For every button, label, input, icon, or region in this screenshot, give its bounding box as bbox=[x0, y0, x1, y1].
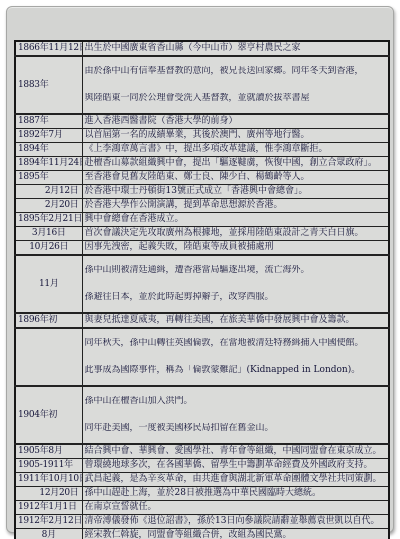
event-cell: 進入香港西醫書院（香港大學的前身） bbox=[82, 114, 389, 129]
event-paragraph-group: 由於孫中山有信奉基督教的意向，被兄長送回家鄉。同年冬天到香港，與陸皓東一同於公理… bbox=[85, 58, 387, 112]
event-cell: 以首屆第一名的成績畢業，其後於澳門、廣州等地行醫。 bbox=[82, 129, 389, 143]
event-cell: 至香港會見舊友陸皓東、鄭士良、陳少白、楊鶴齡等人。 bbox=[82, 171, 389, 185]
event-paragraph: 此事成為國際事件，稱為「倫敦蒙難記」(Kidnapped in London)。 bbox=[85, 365, 387, 376]
date-cell: 1887年 bbox=[15, 114, 82, 129]
date-cell: 1905-1911年 bbox=[15, 459, 82, 473]
date-cell: 1895年 bbox=[15, 171, 82, 185]
event-cell: 由於孫中山有信奉基督教的意向，被兄長送回家鄉。同年冬天到香港，與陸皓東一同於公理… bbox=[82, 56, 389, 114]
event-paragraph: 由於孫中山有信奉基督教的意向，被兄長送回家鄉。同年冬天到香港， bbox=[85, 66, 387, 77]
date-cell: 1866年11月12日 bbox=[15, 41, 82, 56]
date-cell: 1904年初 bbox=[15, 386, 82, 444]
event-cell: 同年秋天，孫中山轉往英國倫敦，在當地被清廷特務緝捕入中國使館。此事成為國際事件，… bbox=[82, 328, 389, 386]
table-row: 1904年初孫中山在檀香山加入洪門。同年赴美國，一度被美國移民局扣留在舊金山。 bbox=[15, 386, 389, 444]
event-cell: 出生於中國廣東省香山縣（今中山市）翠亨村農民之家 bbox=[82, 41, 389, 56]
table-row: 10月26日因事先洩密，起義失敗，陸皓東等成員被捕處刑 bbox=[15, 241, 389, 256]
table-row: 8月經宋教仁斡旋，同盟會等組織合併，改組為國民黨。 bbox=[15, 529, 389, 539]
table-row: 11月孫中山則被清廷通緝，遭香港當局驅逐出境，流亡海外。孫避往日本，並於此時起剪… bbox=[15, 255, 389, 313]
event-cell: 清帝溥儀發佈《退位詔書》，孫於13日向參議院請辭並舉薦袁世凱以自代。 bbox=[82, 515, 389, 529]
event-cell: 興中會總會在香港成立。 bbox=[82, 213, 389, 227]
event-paragraph: 孫中山在檀香山加入洪門。 bbox=[85, 396, 387, 407]
date-cell: 10月26日 bbox=[15, 241, 82, 256]
table-row: 1887年進入香港西醫書院（香港大學的前身） bbox=[15, 114, 389, 129]
date-cell: 2月12日 bbox=[15, 185, 82, 199]
event-cell: 因事先洩密，起義失敗，陸皓東等成員被捕處刑 bbox=[82, 241, 389, 256]
event-cell: 經宋教仁斡旋，同盟會等組織合併，改組為國民黨。 bbox=[82, 529, 389, 539]
table-row: 2月12日於香港中環士丹頓街13號正式成立「香港興中會總會」。 bbox=[15, 185, 389, 199]
event-cell: 孫中山趕赴上海，並於28日被推選為中華民國臨時大總統。 bbox=[82, 487, 389, 501]
date-cell: 1892年7月 bbox=[15, 129, 82, 143]
table-row: 1911年10月10日武昌起義，是為辛亥革命，由共進會與湖北新軍革命團體文學社共… bbox=[15, 473, 389, 487]
table-row: 1894年11月24日赴檀香山募款組織興中會，提出「驅逐韃虜，恢復中國，創立合眾… bbox=[15, 157, 389, 171]
date-cell bbox=[15, 328, 82, 386]
date-cell: 1896年初 bbox=[15, 313, 82, 328]
event-cell: 赴檀香山募款組織興中會，提出「驅逐韃虜，恢復中國，創立合眾政府」。 bbox=[82, 157, 389, 171]
table-row: 2月20日於香港大學作公開演講，提到革命思想源於香港。 bbox=[15, 199, 389, 213]
table-row: 1895年至香港會見舊友陸皓東、鄭士良、陳少白、楊鶴齡等人。 bbox=[15, 171, 389, 185]
event-cell: 首次會議決定先攻取廣州為根據地，並採用陸皓東設計之青天白日旗。 bbox=[82, 227, 389, 241]
event-cell: 武昌起義，是為辛亥革命，由共進會與湖北新軍革命團體文學社共同策劃。 bbox=[82, 473, 389, 487]
table-row: 1895年2月21日興中會總會在香港成立。 bbox=[15, 213, 389, 227]
event-cell: 孫中山在檀香山加入洪門。同年赴美國，一度被美國移民局扣留在舊金山。 bbox=[82, 386, 389, 444]
table-row: 3月16日首次會議決定先攻取廣州為根據地，並採用陸皓東設計之青天白日旗。 bbox=[15, 227, 389, 241]
date-cell: 1912年2月12日 bbox=[15, 515, 82, 529]
table-row: 1912年2月12日清帝溥儀發佈《退位詔書》，孫於13日向參議院請辭並舉薦袁世凱… bbox=[15, 515, 389, 529]
date-cell: 1894年11月24日 bbox=[15, 157, 82, 171]
event-cell: 孫中山則被清廷通緝，遭香港當局驅逐出境，流亡海外。孫避往日本，並於此時起剪掉辮子… bbox=[82, 255, 389, 313]
table-row: 1883年由於孫中山有信奉基督教的意向，被兄長送回家鄉。同年冬天到香港，與陸皓東… bbox=[15, 56, 389, 114]
date-cell: 1894年 bbox=[15, 143, 82, 157]
table-row: 1905-1911年曾環繞地球多次，在各國華僑、留學生中籌劃革命經費及外國政府支… bbox=[15, 459, 389, 473]
date-cell: 2月20日 bbox=[15, 199, 82, 213]
event-cell: 結合興中會、華興會、愛國學社、青年會等組織，中國同盟會在東京成立。 bbox=[82, 444, 389, 459]
table-row: 1894年《上李鴻章萬言書》中，提出多項改革建議，惟李鴻章斷拒。 bbox=[15, 143, 389, 157]
timeline-table-body: 1866年11月12日出生於中國廣東省香山縣（今中山市）翠亨村農民之家1883年… bbox=[15, 41, 389, 539]
event-cell: 於香港中環士丹頓街13號正式成立「香港興中會總會」。 bbox=[82, 185, 389, 199]
event-cell: 與妻兒抵達夏威夷，再轉往美國，在旅美華僑中發展興中會及籌款。 bbox=[82, 313, 389, 328]
date-cell: 1911年10月10日 bbox=[15, 473, 82, 487]
table-row: 1892年7月以首屆第一名的成績畢業，其後於澳門、廣州等地行醫。 bbox=[15, 129, 389, 143]
table-row: 12月20日孫中山趕赴上海，並於28日被推選為中華民國臨時大總統。 bbox=[15, 487, 389, 501]
timeline-table: 1866年11月12日出生於中國廣東省香山縣（今中山市）翠亨村農民之家1883年… bbox=[14, 40, 390, 539]
date-cell: 11月 bbox=[15, 255, 82, 313]
date-cell: 1905年8月 bbox=[15, 444, 82, 459]
event-paragraph: 孫避往日本，並於此時起剪掉辮子，改穿西服。 bbox=[85, 292, 387, 303]
table-row: 同年秋天，孫中山轉往英國倫敦，在當地被清廷特務緝捕入中國使館。此事成為國際事件，… bbox=[15, 328, 389, 386]
event-paragraph: 孫中山則被清廷通緝，遭香港當局驅逐出境，流亡海外。 bbox=[85, 265, 387, 276]
event-cell: 《上李鴻章萬言書》中，提出多項改革建議，惟李鴻章斷拒。 bbox=[82, 143, 389, 157]
event-paragraph-group: 孫中山在檀香山加入洪門。同年赴美國，一度被美國移民局扣留在舊金山。 bbox=[85, 388, 387, 442]
date-cell: 1895年2月21日 bbox=[15, 213, 82, 227]
table-row: 1896年初與妻兒抵達夏威夷，再轉往美國，在旅美華僑中發展興中會及籌款。 bbox=[15, 313, 389, 328]
event-paragraph: 同年赴美國，一度被美國移民局扣留在舊金山。 bbox=[85, 423, 387, 434]
table-row: 1912年1月1日在南京宣誓就任。 bbox=[15, 501, 389, 515]
date-cell: 12月20日 bbox=[15, 487, 82, 501]
table-row: 1905年8月結合興中會、華興會、愛國學社、青年會等組織，中國同盟會在東京成立。 bbox=[15, 444, 389, 459]
date-cell: 3月16日 bbox=[15, 227, 82, 241]
event-paragraph-group: 孫中山則被清廷通緝，遭香港當局驅逐出境，流亡海外。孫避往日本，並於此時起剪掉辮子… bbox=[85, 257, 387, 311]
event-paragraph-group: 同年秋天，孫中山轉往英國倫敦，在當地被清廷特務緝捕入中國使館。此事成為國際事件，… bbox=[85, 330, 387, 384]
date-cell: 1912年1月1日 bbox=[15, 501, 82, 515]
event-cell: 於香港大學作公開演講，提到革命思想源於香港。 bbox=[82, 199, 389, 213]
table-row: 1866年11月12日出生於中國廣東省香山縣（今中山市）翠亨村農民之家 bbox=[15, 41, 389, 56]
date-cell: 1883年 bbox=[15, 56, 82, 114]
event-paragraph: 同年秋天，孫中山轉往英國倫敦，在當地被清廷特務緝捕入中國使館。 bbox=[85, 338, 387, 349]
event-cell: 在南京宣誓就任。 bbox=[82, 501, 389, 515]
date-cell: 8月 bbox=[15, 529, 82, 539]
event-cell: 曾環繞地球多次，在各國華僑、留學生中籌劃革命經費及外國政府支持。 bbox=[82, 459, 389, 473]
scanned-page: 1866年11月12日出生於中國廣東省香山縣（今中山市）翠亨村農民之家1883年… bbox=[6, 6, 394, 533]
event-paragraph: 與陸皓東一同於公理會受洗入基督教，並就讀於拔萃書屋 bbox=[85, 93, 387, 104]
